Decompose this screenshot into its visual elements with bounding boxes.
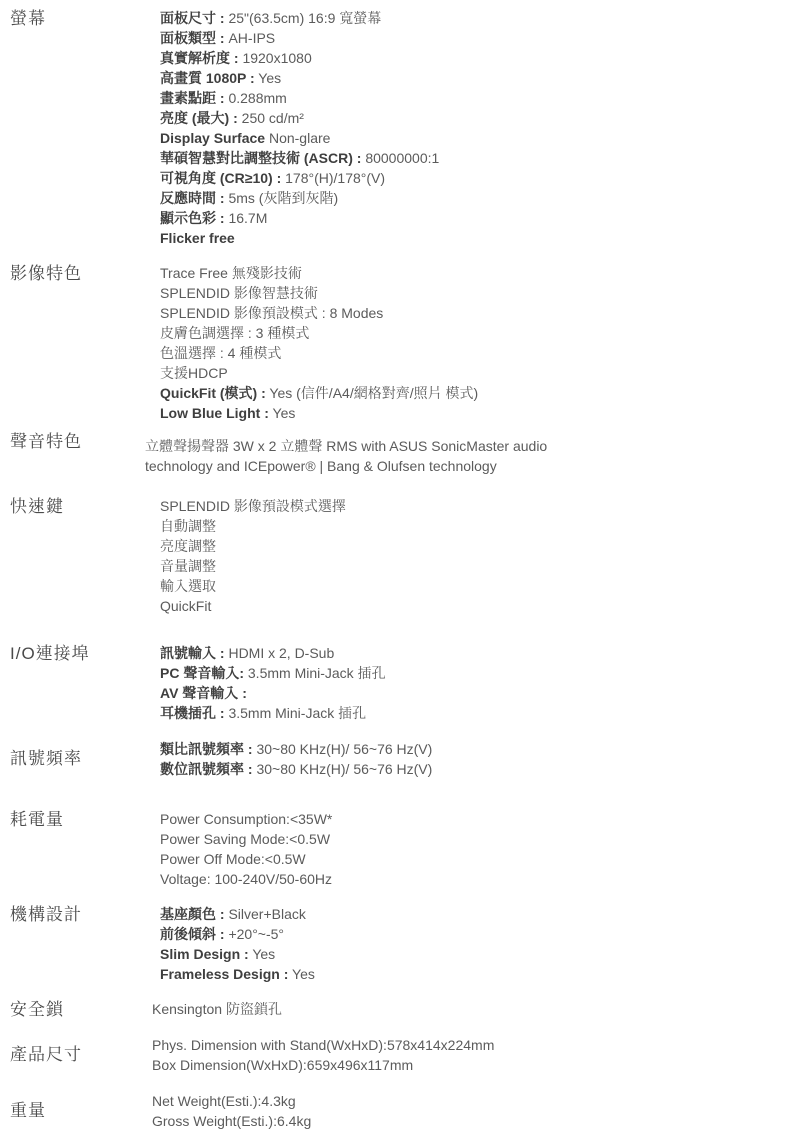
spec-line: Frameless Design : Yes [160, 964, 600, 984]
spec-line: 輸入選取 [160, 576, 600, 596]
spec-section-content: 訊號輸入 : HDMI x 2, D-SubPC 聲音輸入: 3.5mm Min… [160, 643, 600, 723]
spec-line: 顯示色彩 : 16.7M [160, 208, 600, 228]
spec-value: 250 cd/m² [238, 110, 304, 126]
spec-term: 類比訊號頻率 : [160, 741, 253, 757]
spec-value: Voltage: 100-240V/50-60Hz [160, 871, 332, 887]
spec-term: 面板尺寸 : [160, 10, 225, 26]
spec-line: Kensington 防盜鎖孔 [152, 999, 592, 1019]
spec-line: 前後傾斜 : +20°~-5° [160, 924, 600, 944]
spec-line: 面板類型 : AH-IPS [160, 28, 600, 48]
spec-section-video-features: 影像特色 Trace Free 無殘影技術SPLENDID 影像智慧技術SPLE… [10, 263, 800, 423]
spec-line: Box Dimension(WxHxD):659x496x117mm [152, 1055, 592, 1075]
spec-value: 亮度調整 [160, 538, 216, 554]
spec-term: 真實解析度 : [160, 50, 239, 66]
spec-line: 類比訊號頻率 : 30~80 KHz(H)/ 56~76 Hz(V) [160, 739, 600, 759]
spec-value: HDMI x 2, D-Sub [225, 645, 335, 661]
spec-value: 30~80 KHz(H)/ 56~76 Hz(V) [253, 741, 433, 757]
spec-term: 顯示色彩 : [160, 210, 225, 226]
spec-line: 訊號輸入 : HDMI x 2, D-Sub [160, 643, 600, 663]
spec-line: 亮度調整 [160, 536, 600, 556]
spec-line: Power Off Mode:<0.5W [160, 849, 600, 869]
spec-line: 面板尺寸 : 25"(63.5cm) 16:9 寬螢幕 [160, 8, 600, 28]
spec-term: 亮度 (最大) : [160, 110, 238, 126]
spec-section-label: 聲音特色 [10, 431, 145, 453]
spec-section-content: Net Weight(Esti.):4.3kgGross Weight(Esti… [152, 1091, 592, 1131]
spec-value: Power Off Mode:<0.5W [160, 851, 306, 867]
spec-value: Yes [288, 966, 314, 982]
spec-term: 耳機插孔 : [160, 705, 225, 721]
spec-line: 色溫選擇 : 4 種模式 [160, 343, 600, 363]
spec-value: Box Dimension(WxHxD):659x496x117mm [152, 1057, 413, 1073]
spec-line: Net Weight(Esti.):4.3kg [152, 1091, 592, 1111]
spec-line: 基座顏色 : Silver+Black [160, 904, 600, 924]
spec-term: 基座顏色 : [160, 906, 225, 922]
spec-value: 自動調整 [160, 518, 216, 534]
spec-line: 高畫質 1080P : Yes [160, 68, 600, 88]
spec-line: 數位訊號頻率 : 30~80 KHz(H)/ 56~76 Hz(V) [160, 759, 600, 779]
spec-section-content: 立體聲揚聲器 3W x 2 立體聲 RMS with ASUS SonicMas… [145, 431, 585, 476]
spec-term: Display Surface [160, 130, 265, 146]
spec-value: Phys. Dimension with Stand(WxHxD):578x41… [152, 1037, 494, 1053]
spec-value: Yes [249, 946, 275, 962]
spec-section-content: Kensington 防盜鎖孔 [152, 999, 592, 1019]
spec-term: 畫素點距 : [160, 90, 225, 106]
spec-section-label: 安全鎖 [10, 999, 152, 1021]
spec-value: Silver+Black [225, 906, 306, 922]
spec-value: 1920x1080 [239, 50, 312, 66]
spec-value: SPLENDID 影像預設模式選擇 [160, 498, 346, 514]
spec-section-hotkeys: 快速鍵 SPLENDID 影像預設模式選擇自動調整亮度調整音量調整輸入選取Qui… [10, 496, 800, 616]
spec-section-label: 螢幕 [10, 8, 160, 30]
spec-value: 0.288mm [225, 90, 287, 106]
spec-value: Trace Free 無殘影技術 [160, 265, 302, 281]
spec-section-signal-frequency: 訊號頻率 類比訊號頻率 : 30~80 KHz(H)/ 56~76 Hz(V)數… [10, 739, 800, 779]
spec-section-weight: 重量 Net Weight(Esti.):4.3kgGross Weight(E… [10, 1091, 800, 1131]
spec-line: SPLENDID 影像預設模式選擇 [160, 496, 600, 516]
spec-value: 3.5mm Mini-Jack 插孔 [225, 705, 367, 721]
spec-line: 立體聲揚聲器 3W x 2 立體聲 RMS with ASUS SonicMas… [145, 436, 585, 476]
spec-term: 前後傾斜 : [160, 926, 225, 942]
spec-term: 訊號輸入 : [160, 645, 225, 661]
spec-line: Slim Design : Yes [160, 944, 600, 964]
spec-line: Power Saving Mode:<0.5W [160, 829, 600, 849]
spec-line: 自動調整 [160, 516, 600, 536]
spec-line: SPLENDID 影像智慧技術 [160, 283, 600, 303]
spec-term: QuickFit (模式) : [160, 385, 266, 401]
spec-term: 華碩智慧對比調整技術 (ASCR) : [160, 150, 361, 166]
spec-section-content: SPLENDID 影像預設模式選擇自動調整亮度調整音量調整輸入選取QuickFi… [160, 496, 600, 616]
spec-term: 數位訊號頻率 : [160, 761, 253, 777]
spec-line: 支援HDCP [160, 363, 600, 383]
spec-section-label: 重量 [10, 1100, 152, 1122]
spec-line: 亮度 (最大) : 250 cd/m² [160, 108, 600, 128]
product-spec-page: 螢幕 面板尺寸 : 25"(63.5cm) 16:9 寬螢幕面板類型 : AH-… [0, 0, 800, 1148]
spec-value: +20°~-5° [225, 926, 284, 942]
spec-line: 音量調整 [160, 556, 600, 576]
spec-value: 5ms (灰階到灰階) [225, 190, 339, 206]
spec-value: 輸入選取 [160, 578, 216, 594]
spec-line: Trace Free 無殘影技術 [160, 263, 600, 283]
spec-line: 反應時間 : 5ms (灰階到灰階) [160, 188, 600, 208]
spec-term: Slim Design : [160, 946, 249, 962]
spec-line: SPLENDID 影像預設模式 : 8 Modes [160, 303, 600, 323]
spec-section-content: 基座顏色 : Silver+Black前後傾斜 : +20°~-5°Slim D… [160, 904, 600, 984]
spec-section-label: 快速鍵 [10, 496, 160, 518]
spec-line: 華碩智慧對比調整技術 (ASCR) : 80000000:1 [160, 148, 600, 168]
spec-value: 支援HDCP [160, 365, 228, 381]
spec-line: 可視角度 (CR≥10) : 178°(H)/178°(V) [160, 168, 600, 188]
spec-line: QuickFit [160, 596, 600, 616]
spec-line: Display Surface Non-glare [160, 128, 600, 148]
spec-section-power-consumption: 耗電量 Power Consumption:<35W*Power Saving … [10, 809, 800, 889]
spec-term: Frameless Design : [160, 966, 288, 982]
spec-line: 皮膚色調選擇 : 3 種模式 [160, 323, 600, 343]
spec-line: Gross Weight(Esti.):6.4kg [152, 1111, 592, 1131]
spec-line: QuickFit (模式) : Yes (信件/A4/網格對齊/照片 模式) [160, 383, 600, 403]
spec-value: Power Saving Mode:<0.5W [160, 831, 330, 847]
spec-line: 畫素點距 : 0.288mm [160, 88, 600, 108]
spec-value: 30~80 KHz(H)/ 56~76 Hz(V) [253, 761, 433, 777]
spec-term: 面板類型 : [160, 30, 225, 46]
spec-section-label: 影像特色 [10, 263, 160, 285]
spec-term: 反應時間 : [160, 190, 225, 206]
spec-value: Non-glare [265, 130, 330, 146]
spec-value: 16.7M [225, 210, 268, 226]
spec-section-audio-features: 聲音特色 立體聲揚聲器 3W x 2 立體聲 RMS with ASUS Son… [10, 431, 800, 476]
spec-value: Gross Weight(Esti.):6.4kg [152, 1113, 311, 1129]
spec-value: 色溫選擇 : 4 種模式 [160, 345, 281, 361]
spec-value: Yes [269, 405, 295, 421]
spec-value: 音量調整 [160, 558, 216, 574]
spec-line: PC 聲音輸入: 3.5mm Mini-Jack 插孔 [160, 663, 600, 683]
spec-line: Phys. Dimension with Stand(WxHxD):578x41… [152, 1035, 592, 1055]
spec-section-io-ports: I/O連接埠 訊號輸入 : HDMI x 2, D-SubPC 聲音輸入: 3.… [10, 643, 800, 723]
spec-term: 高畫質 1080P : [160, 70, 255, 86]
spec-value: SPLENDID 影像預設模式 : 8 Modes [160, 305, 383, 321]
spec-section-mechanical-design: 機構設計 基座顏色 : Silver+Black前後傾斜 : +20°~-5°S… [10, 904, 800, 984]
spec-section-label: 耗電量 [10, 809, 160, 831]
spec-value: AH-IPS [225, 30, 276, 46]
spec-section-label: 機構設計 [10, 904, 160, 926]
spec-value: 立體聲揚聲器 3W x 2 立體聲 RMS with ASUS SonicMas… [145, 438, 547, 474]
spec-value: Yes (信件/A4/網格對齊/照片 模式) [266, 385, 478, 401]
spec-table: 螢幕 面板尺寸 : 25"(63.5cm) 16:9 寬螢幕面板類型 : AH-… [10, 8, 800, 1131]
spec-section-content: Phys. Dimension with Stand(WxHxD):578x41… [152, 1035, 592, 1075]
spec-value: 178°(H)/178°(V) [281, 170, 385, 186]
spec-line: 真實解析度 : 1920x1080 [160, 48, 600, 68]
spec-section-content: 面板尺寸 : 25"(63.5cm) 16:9 寬螢幕面板類型 : AH-IPS… [160, 8, 600, 248]
spec-section-label: 產品尺寸 [10, 1044, 152, 1066]
spec-value: 80000000:1 [361, 150, 439, 166]
spec-section-content: Power Consumption:<35W*Power Saving Mode… [160, 809, 600, 889]
spec-section-label: I/O連接埠 [10, 643, 160, 665]
spec-section-content: 類比訊號頻率 : 30~80 KHz(H)/ 56~76 Hz(V)數位訊號頻率… [160, 739, 600, 779]
spec-section-content: Trace Free 無殘影技術SPLENDID 影像智慧技術SPLENDID … [160, 263, 600, 423]
spec-section-dimensions: 產品尺寸 Phys. Dimension with Stand(WxHxD):5… [10, 1035, 800, 1075]
spec-section-security: 安全鎖 Kensington 防盜鎖孔 [10, 999, 800, 1021]
spec-line: 耳機插孔 : 3.5mm Mini-Jack 插孔 [160, 703, 600, 723]
spec-line: AV 聲音輸入 : [160, 683, 600, 703]
spec-value: Yes [255, 70, 281, 86]
spec-line: Power Consumption:<35W* [160, 809, 600, 829]
spec-value: Power Consumption:<35W* [160, 811, 332, 827]
spec-value: 皮膚色調選擇 : 3 種模式 [160, 325, 309, 341]
spec-value: Net Weight(Esti.):4.3kg [152, 1093, 296, 1109]
spec-term: 可視角度 (CR≥10) : [160, 170, 281, 186]
spec-section-screen: 螢幕 面板尺寸 : 25"(63.5cm) 16:9 寬螢幕面板類型 : AH-… [10, 8, 800, 248]
spec-term: Low Blue Light : [160, 405, 269, 421]
spec-value: SPLENDID 影像智慧技術 [160, 285, 318, 301]
spec-value: 25"(63.5cm) 16:9 寬螢幕 [225, 10, 382, 26]
spec-term: AV 聲音輸入 : [160, 685, 247, 701]
spec-term: PC 聲音輸入: [160, 665, 244, 681]
spec-line: Voltage: 100-240V/50-60Hz [160, 869, 600, 889]
spec-value: Kensington 防盜鎖孔 [152, 1001, 282, 1017]
spec-section-label: 訊號頻率 [10, 748, 160, 770]
spec-line: Flicker free [160, 228, 600, 248]
spec-line: Low Blue Light : Yes [160, 403, 600, 423]
spec-value: QuickFit [160, 598, 211, 614]
spec-value: 3.5mm Mini-Jack 插孔 [244, 665, 386, 681]
spec-term: Flicker free [160, 230, 235, 246]
